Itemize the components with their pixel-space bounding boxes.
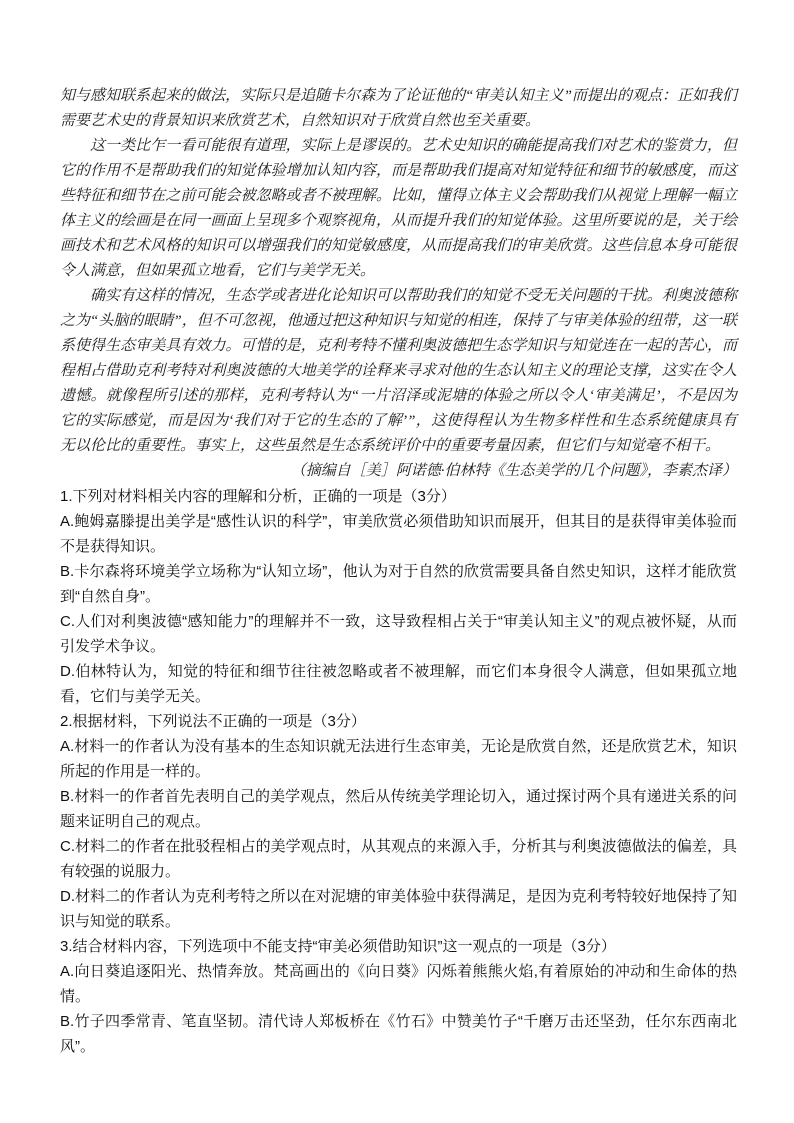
passage-paragraph: 确实有这样的情况，生态学或者进化论知识可以帮助我们的知觉不受无关问题的干扰。利奥… — [60, 284, 737, 459]
question-1-stem: 1.下列对材料相关内容的理解和分析，正确的一项是（3分） — [60, 484, 737, 509]
question-1-option-c: C.人们对利奥波德“感知能力”的理解并不一致，这导致程相占关于“审美认知主义”的… — [60, 609, 737, 659]
passage-attribution: （摘编自［美］阿诺德·伯林特《生态美学的几个问题》，李素杰译） — [60, 459, 737, 484]
question-3-option-b: B.竹子四季常青、笔直坚韧。清代诗人郑板桥在《竹石》中赞美竹子“千磨万击还坚劲，… — [60, 1009, 737, 1059]
question-1-option-a: A.鲍姆嘉滕提出美学是“感性认识的科学”，审美欣赏必须借助知识而展开，但其目的是… — [60, 509, 737, 559]
exam-page: 知与感知联系起来的做法，实际只是追随卡尔森为了论证他的“审美认知主义”而提出的观… — [0, 0, 794, 1123]
question-2-option-d: D.材料二的作者认为克利考特之所以在对泥塘的审美体验中获得满足，是因为克利考特较… — [60, 884, 737, 934]
passage-paragraph: 这一类比乍一看可能很有道理，实际上是谬误的。艺术史知识的确能提高我们对艺术的鉴赏… — [60, 134, 737, 284]
question-3-option-a: A.向日葵追逐阳光、热情奔放。梵高画出的《向日葵》闪烁着熊熊火焰,有着原始的冲动… — [60, 959, 737, 1009]
question-1-option-b: B.卡尔森将环境美学立场称为“认知立场”，他认为对于自然的欣赏需要具备自然史知识… — [60, 559, 737, 609]
question-2-stem: 2.根据材料，下列说法不正确的一项是（3分） — [60, 709, 737, 734]
question-1-option-d: D.伯林特认为，知觉的特征和细节往往被忽略或者不被理解，而它们本身很令人满意，但… — [60, 659, 737, 709]
question-2-option-b: B.材料一的作者首先表明自己的美学观点，然后从传统美学理论切入，通过探讨两个具有… — [60, 784, 737, 834]
question-2-option-a: A.材料一的作者认为没有基本的生态知识就无法进行生态审美，无论是欣赏自然，还是欣… — [60, 734, 737, 784]
question-3-stem: 3.结合材料内容，下列选项中不能支持“审美必须借助知识”这一观点的一项是（3分） — [60, 934, 737, 959]
passage-paragraph-continuation: 知与感知联系起来的做法，实际只是追随卡尔森为了论证他的“审美认知主义”而提出的观… — [60, 84, 737, 134]
question-2-option-c: C.材料二的作者在批驳程相占的美学观点时，从其观点的来源入手，分析其与利奥波德做… — [60, 834, 737, 884]
reading-passage: 知与感知联系起来的做法，实际只是追随卡尔森为了论证他的“审美认知主义”而提出的观… — [60, 84, 737, 484]
questions-section: 1.下列对材料相关内容的理解和分析，正确的一项是（3分） A.鲍姆嘉滕提出美学是… — [60, 484, 737, 1059]
